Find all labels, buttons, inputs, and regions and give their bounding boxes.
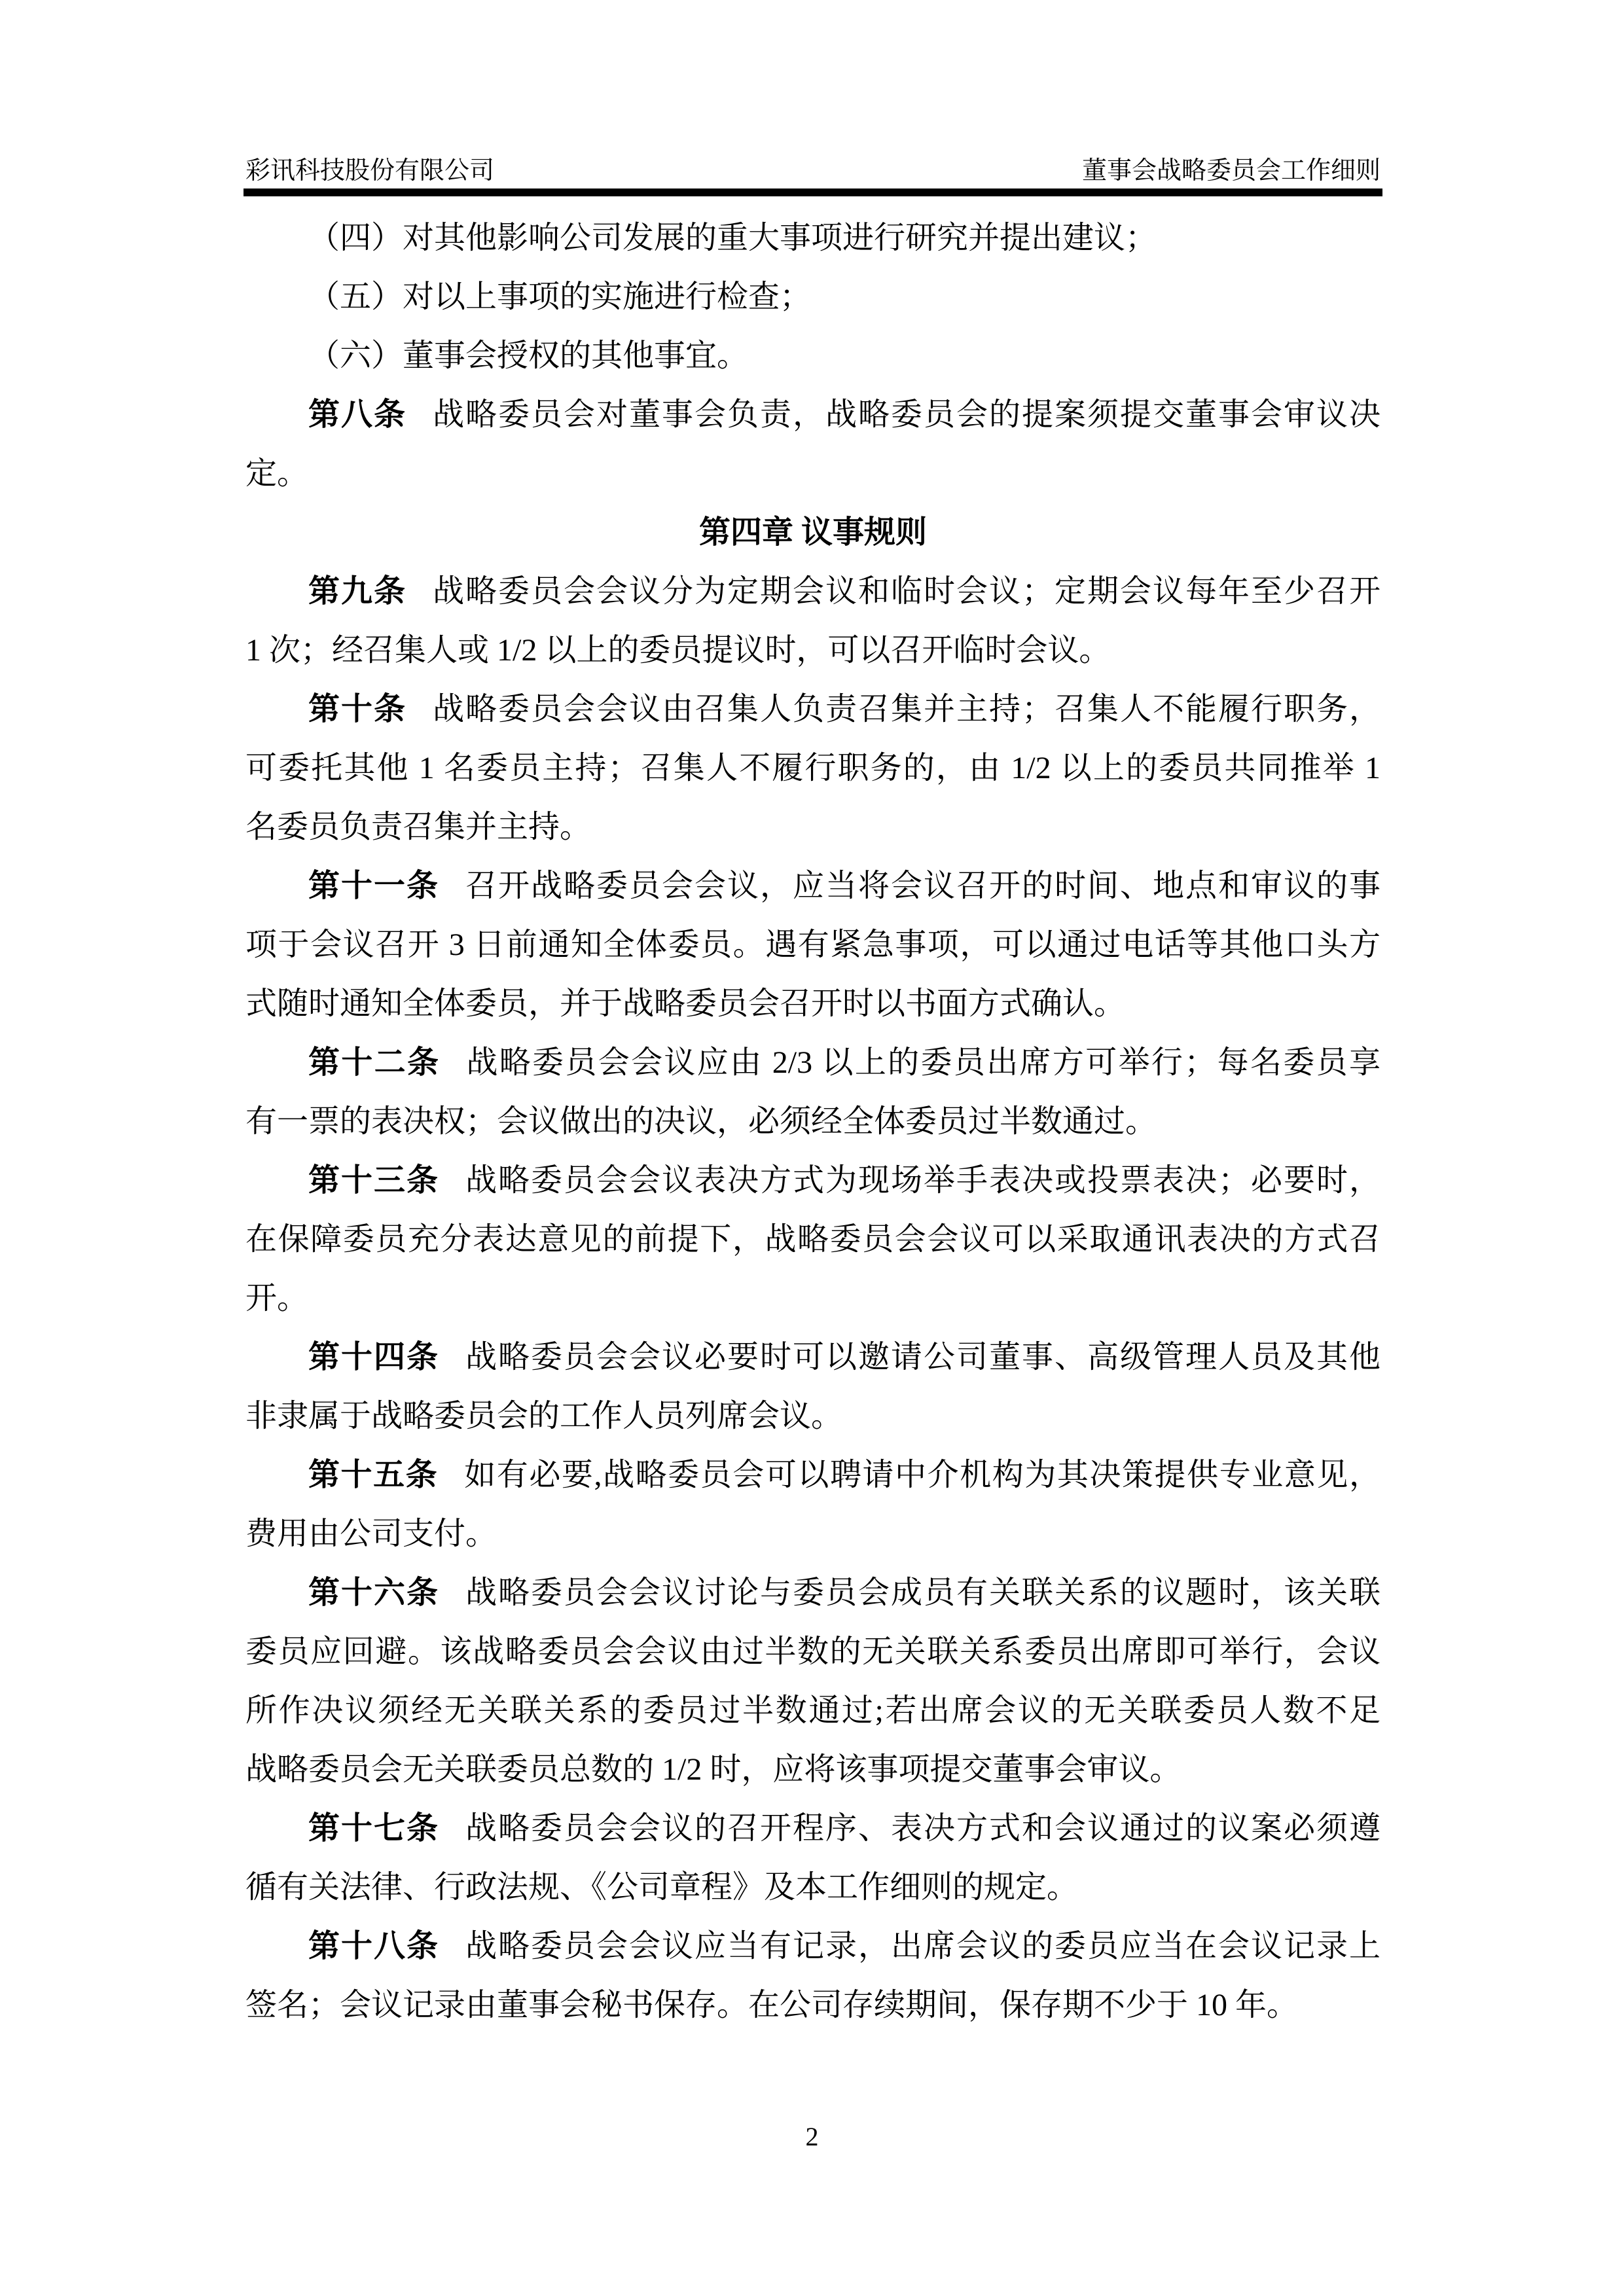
article-text: 战略委员会会议必要时可以邀请公司董事、高级管理人员及其他 [465, 1340, 1380, 1374]
article-text: 如有必要,战略委员会可以聘请中介机构为其决策提供专业意见， [464, 1458, 1380, 1492]
article-9-line-1: 第九条战略委员会会议分为定期会议和临时会议；定期会议每年至少召开 [245, 562, 1380, 621]
company-name: 彩讯科技股份有限公司 [245, 154, 494, 187]
article-text: 战略委员会会议的召开程序、表决方式和会议通过的议案必须遵 [465, 1811, 1380, 1846]
article-18-line-2: 签名；会议记录由董事会秘书保存。在公司存续期间，保存期不少于 10 年。 [245, 1976, 1380, 2035]
article-number: 第十一条 [308, 869, 439, 903]
article-text: 战略委员会会议应当有记录，出席会议的委员应当在会议记录上 [465, 1929, 1380, 1964]
article-number: 第十六条 [308, 1575, 439, 1610]
article-number: 第九条 [308, 574, 406, 609]
article-14-line-1: 第十四条战略委员会会议必要时可以邀请公司董事、高级管理人员及其他 [245, 1328, 1380, 1387]
article-17-line-2: 循有关法律、行政法规、《公司章程》及本工作细则的规定。 [245, 1858, 1380, 1917]
article-text: 战略委员会会议由召集人负责召集并主持；召集人不能履行职务， [433, 692, 1380, 726]
article-text: 战略委员会对董事会负责，战略委员会的提案须提交董事会审议决 [433, 397, 1380, 432]
article-number: 第八条 [308, 397, 406, 432]
article-10-line-2: 可委托其他 1 名委员主持；召集人不履行职务的，由 1/2 以上的委员共同推举 … [245, 739, 1380, 798]
document-title: 董事会战略委员会工作细则 [1082, 154, 1380, 187]
page-footer: 2 [0, 2108, 1624, 2166]
article-15-line-2: 费用由公司支付。 [245, 1505, 1380, 1564]
list-item-6: （六）董事会授权的其他事宜。 [245, 327, 1380, 386]
article-text: 召开战略委员会会议，应当将会议召开的时间、地点和审议的事 [465, 869, 1380, 903]
article-10-line-3: 名委员负责召集并主持。 [245, 798, 1380, 857]
article-12-line-2: 有一票的表决权；会议做出的决议，必须经全体委员过半数通过。 [245, 1092, 1380, 1151]
article-12-line-1: 第十二条战略委员会会议应由 2/3 以上的委员出席方可举行；每名委员享 [245, 1033, 1380, 1092]
article-15-line-1: 第十五条如有必要,战略委员会可以聘请中介机构为其决策提供专业意见， [245, 1446, 1380, 1505]
article-14-line-2: 非隶属于战略委员会的工作人员列席会议。 [245, 1387, 1380, 1446]
document-body: （四）对其他影响公司发展的重大事项进行研究并提出建议； （五）对以上事项的实施进… [245, 209, 1380, 2035]
page-header: 彩讯科技股份有限公司 董事会战略委员会工作细则 [245, 154, 1380, 187]
page-number: 2 [806, 2122, 819, 2151]
article-13-line-1: 第十三条战略委员会会议表决方式为现场举手表决或投票表决；必要时， [245, 1151, 1380, 1210]
chapter-heading: 第四章 议事规则 [245, 503, 1380, 562]
article-11-line-3: 式随时通知全体委员，并于战略委员会召开时以书面方式确认。 [245, 975, 1380, 1033]
article-13-line-3: 开。 [245, 1269, 1380, 1328]
list-item-4: （四）对其他影响公司发展的重大事项进行研究并提出建议； [245, 209, 1380, 268]
article-text: 战略委员会会议应由 2/3 以上的委员出席方可举行；每名委员享 [466, 1045, 1380, 1080]
article-number: 第十四条 [308, 1340, 439, 1374]
article-17-line-1: 第十七条战略委员会会议的召开程序、表决方式和会议通过的议案必须遵 [245, 1799, 1380, 1858]
article-8-line-1: 第八条战略委员会对董事会负责，战略委员会的提案须提交董事会审议决 [245, 386, 1380, 444]
header-rule [244, 188, 1382, 196]
article-18-line-1: 第十八条战略委员会会议应当有记录，出席会议的委员应当在会议记录上 [245, 1917, 1380, 1976]
article-11-line-2: 项于会议召开 3 日前通知全体委员。遇有紧急事项，可以通过电话等其他口头方 [245, 916, 1380, 975]
article-11-line-1: 第十一条召开战略委员会会议，应当将会议召开的时间、地点和审议的事 [245, 857, 1380, 916]
document-page: 彩讯科技股份有限公司 董事会战略委员会工作细则 （四）对其他影响公司发展的重大事… [0, 0, 1624, 2296]
article-number: 第十条 [308, 692, 406, 726]
article-8-line-2: 定。 [245, 444, 1380, 503]
article-text: 战略委员会会议讨论与委员会成员有关联关系的议题时，该关联 [465, 1575, 1380, 1610]
article-13-line-2: 在保障委员充分表达意见的前提下，战略委员会会议可以采取通讯表决的方式召 [245, 1210, 1380, 1269]
article-number: 第十五条 [308, 1458, 438, 1492]
article-text: 战略委员会会议表决方式为现场举手表决或投票表决；必要时， [465, 1163, 1380, 1198]
article-number: 第十二条 [308, 1045, 440, 1080]
article-16-line-3: 所作决议须经无关联关系的委员过半数通过;若出席会议的无关联委员人数不足 [245, 1681, 1380, 1740]
article-number: 第十七条 [308, 1811, 439, 1846]
article-number: 第十三条 [308, 1163, 439, 1198]
article-10-line-1: 第十条战略委员会会议由召集人负责召集并主持；召集人不能履行职务， [245, 680, 1380, 739]
article-text: 战略委员会会议分为定期会议和临时会议；定期会议每年至少召开 [433, 574, 1380, 609]
article-16-line-2: 委员应回避。该战略委员会会议由过半数的无关联关系委员出席即可举行，会议 [245, 1623, 1380, 1681]
article-16-line-1: 第十六条战略委员会会议讨论与委员会成员有关联关系的议题时，该关联 [245, 1564, 1380, 1623]
article-16-line-4: 战略委员会无关联委员总数的 1/2 时，应将该事项提交董事会审议。 [245, 1740, 1380, 1799]
article-9-line-2: 1 次；经召集人或 1/2 以上的委员提议时，可以召开临时会议。 [245, 621, 1380, 680]
list-item-5: （五）对以上事项的实施进行检查； [245, 268, 1380, 327]
article-number: 第十八条 [308, 1929, 439, 1964]
